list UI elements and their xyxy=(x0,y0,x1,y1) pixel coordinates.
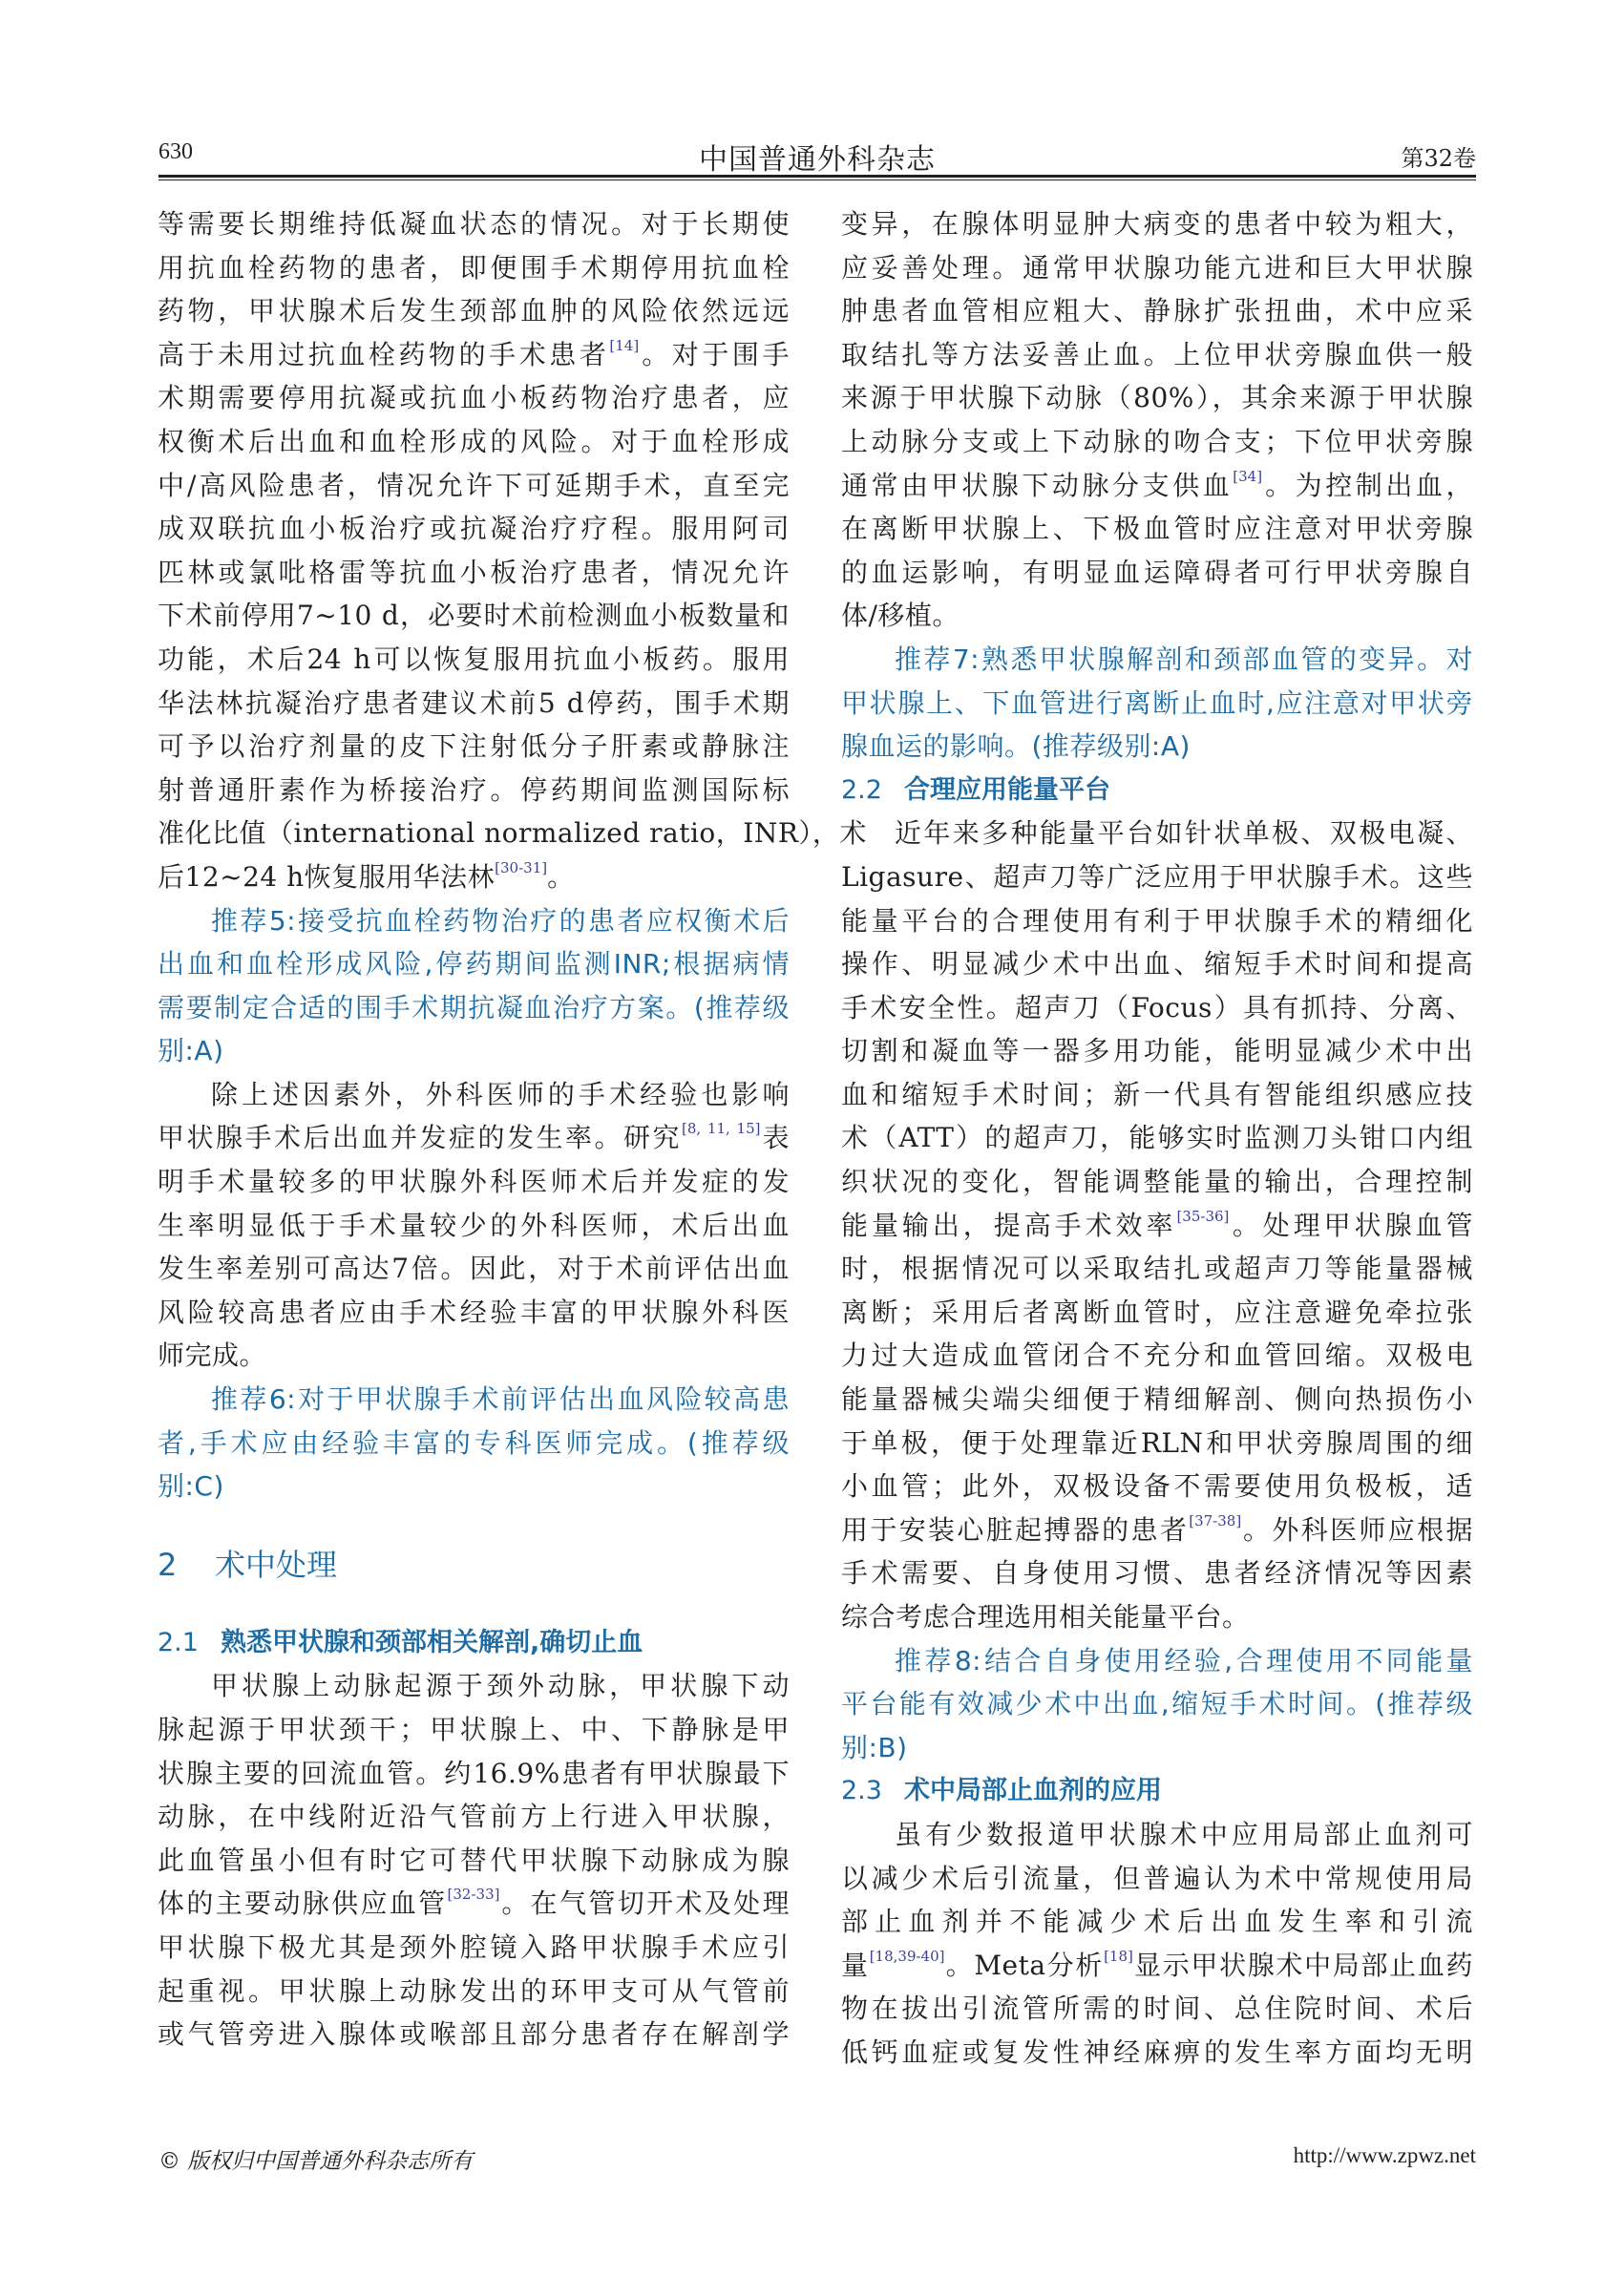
text-line: 中/高风险患者，情况允许下可延期手术，直至完 xyxy=(158,464,790,508)
text-line: 量[18,39-40]。Meta分析[18]显示甲状腺术中局部止血药 xyxy=(841,1944,1473,1988)
text-line: 体/移植。 xyxy=(841,594,1473,638)
citation-link[interactable]: [30-31] xyxy=(495,859,547,876)
text-line: 综合考虑合理选用相关能量平台。 xyxy=(841,1595,1473,1639)
text-line: 平台能有效减少术中出血,缩短手术时间。(推荐级 xyxy=(841,1682,1473,1726)
text-line: 除上述因素外，外科医师的手术经验也影响 xyxy=(158,1073,790,1117)
text-line: 能量输出，提高手术效率[35-36]。处理甲状腺血管 xyxy=(841,1204,1473,1248)
text-line: 以减少术后引流量，但普遍认为术中常规使用局 xyxy=(841,1857,1473,1901)
recommendation-5: 推荐5:接受抗血栓药物治疗的患者应权衡术后 出血和血栓形成风险,停药期间监测IN… xyxy=(158,899,790,1073)
text-line: 动脉，在中线附近沿气管前方上行进入甲状腺， xyxy=(158,1795,790,1839)
text-line: 后12~24 h恢复服用华法林[30-31]。 xyxy=(158,855,790,899)
text-line: 下术前停用7~10 d，必要时术前检测血小板数量和 xyxy=(158,594,790,638)
text-line: 或气管旁进入腺体或喉部且部分患者存在解剖学 xyxy=(158,2013,790,2057)
subsection-number: 2.3 xyxy=(841,1769,904,1813)
text-line: 匹林或氯吡格雷等抗血小板治疗患者，情况允许 xyxy=(158,551,790,595)
text-line: 射普通肝素作为桥接治疗。停药期间监测国际标 xyxy=(158,769,790,812)
running-header: 630 中国普通外科杂志 第32卷 xyxy=(158,134,1476,176)
page-footer: © 版权归中国普通外科杂志所有 http://www.zpwz.net xyxy=(158,2143,1476,2182)
recommendation-8: 推荐8:结合自身使用经验,合理使用不同能量 平台能有效减少术中出血,缩短手术时间… xyxy=(841,1639,1473,1770)
citation-link[interactable]: [37-38] xyxy=(1189,1512,1241,1529)
text-line: 准化比值（international normalized ratio，INR）… xyxy=(158,812,790,855)
text-line: 手术需要、自身使用习惯、患者经济情况等因素 xyxy=(841,1551,1473,1595)
text-line: 此血管虽小但有时它可替代甲状腺下动脉成为腺 xyxy=(158,1839,790,1883)
text-line: 别:B) xyxy=(841,1726,1473,1770)
citation-link[interactable]: [32-33] xyxy=(448,1886,500,1903)
text-line: 来源于甲状腺下动脉（80%），其余来源于甲状腺 xyxy=(841,376,1473,420)
section-heading-2: 2术中处理 xyxy=(158,1535,790,1594)
text-line: 生率明显低于手术量较少的外科医师，术后出血 xyxy=(158,1204,790,1248)
text-line: 权衡术后出血和血栓形成的风险。对于血栓形成 xyxy=(158,420,790,464)
text-line: 物在拔出引流管所需的时间、总住院时间、术后 xyxy=(841,1987,1473,2031)
text-line: 状腺主要的回流血管。约16.9%患者有甲状腺最下 xyxy=(158,1752,790,1796)
text-line: 在离断甲状腺上、下极血管时应注意对甲状旁腺 xyxy=(841,507,1473,551)
subsection-heading-2-3: 2.3术中局部止血剂的应用 xyxy=(841,1769,1473,1813)
text-line: 功能，术后24 h可以恢复服用抗血小板药。服用 xyxy=(158,638,790,682)
citation-link[interactable]: [14] xyxy=(609,337,639,354)
text-line: 华法林抗凝治疗患者建议术前5 d停药，围手术期 xyxy=(158,682,790,726)
text-line: 高于未用过抗血栓药物的手术患者[14]。对于围手 xyxy=(158,333,790,377)
text-line: 近年来多种能量平台如针状单极、双极电凝、 xyxy=(841,812,1473,855)
text-line: 变异，在腺体明显肿大病变的患者中较为粗大， xyxy=(841,202,1473,246)
text-line: 药物，甲状腺术后发生颈部血肿的风险依然远远 xyxy=(158,289,790,333)
subsection-title: 熟悉甲状腺和颈部相关解剖,确切止血 xyxy=(221,1628,643,1657)
text-line: 织状况的变化，智能调整能量的输出，合理控制 xyxy=(841,1160,1473,1204)
paragraph-thyroid-anatomy: 甲状腺上动脉起源于颈外动脉，甲状腺下动 脉起源于甲状颈干；甲状腺上、中、下静脉是… xyxy=(158,1664,790,2056)
subsection-heading-2-1: 2.1熟悉甲状腺和颈部相关解剖,确切止血 xyxy=(158,1621,790,1665)
text-line: 腺血运的影响。(推荐级别:A) xyxy=(841,725,1473,769)
text-line: 推荐5:接受抗血栓药物治疗的患者应权衡术后 xyxy=(158,899,790,943)
text-line: 推荐8:结合自身使用经验,合理使用不同能量 xyxy=(841,1639,1473,1683)
text-line: 血和缩短手术时间；新一代具有智能组织感应技 xyxy=(841,1073,1473,1117)
text-line: 发生率差别可高达7倍。因此，对于术前评估出血 xyxy=(158,1247,790,1291)
text-line: 用于安装心脏起搏器的患者[37-38]。外科医师应根据 xyxy=(841,1508,1473,1552)
text-line: 风险较高患者应由手术经验丰富的甲状腺外科医 xyxy=(158,1291,790,1335)
recommendation-7: 推荐7:熟悉甲状腺解剖和颈部血管的变异。对 甲状腺上、下血管进行离断止血时,应注… xyxy=(841,638,1473,769)
text-line: 虽有少数报道甲状腺术中应用局部止血剂可 xyxy=(841,1813,1473,1857)
paragraph-topical-hemostatics: 虽有少数报道甲状腺术中应用局部止血剂可 以减少术后引流量，但普遍认为术中常规使用… xyxy=(841,1813,1473,2075)
header-rule-thin xyxy=(158,179,1476,180)
text-line: 甲状腺上、下血管进行离断止血时,应注意对甲状旁 xyxy=(841,682,1473,726)
text-line: 可予以治疗剂量的皮下注射低分子肝素或静脉注 xyxy=(158,725,790,769)
text-line: 推荐6:对于甲状腺手术前评估出血风险较高患 xyxy=(158,1378,790,1422)
text-line: 推荐7:熟悉甲状腺解剖和颈部血管的变异。对 xyxy=(841,638,1473,682)
text-line: 出血和血栓形成风险,停药期间监测INR;根据病情 xyxy=(158,942,790,986)
subsection-heading-2-2: 2.2合理应用能量平台 xyxy=(841,769,1473,812)
citation-link[interactable]: [34] xyxy=(1233,468,1262,485)
text-line: Ligasure、超声刀等广泛应用于甲状腺手术。这些 xyxy=(841,855,1473,899)
text-line: 起重视。甲状腺上动脉发出的环甲支可从气管前 xyxy=(158,1970,790,2014)
text-line: 部止血剂并不能减少术后出血发生率和引流 xyxy=(841,1900,1473,1944)
paragraph-surgeon-experience: 除上述因素外，外科医师的手术经验也影响 甲状腺手术后出血并发症的发生率。研究[8… xyxy=(158,1073,790,1378)
subsection-number: 2.2 xyxy=(841,769,904,812)
text-line: 体的主要动脉供应血管[32-33]。在气管切开术及处理 xyxy=(158,1882,790,1926)
volume-label: 第32卷 xyxy=(1401,139,1476,173)
citation-link[interactable]: [35-36] xyxy=(1176,1208,1229,1225)
paragraph-energy-platforms: 近年来多种能量平台如针状单极、双极电凝、 Ligasure、超声刀等广泛应用于甲… xyxy=(841,812,1473,1638)
paragraph-parathyroid-supply: 变异，在腺体明显肿大病变的患者中较为粗大， 应妥善处理。通常甲状腺功能亢进和巨大… xyxy=(841,202,1473,638)
text-line: 者,手术应由经验丰富的专科医师完成。(推荐级 xyxy=(158,1422,790,1466)
text-line: 应妥善处理。通常甲状腺功能亢进和巨大甲状腺 xyxy=(841,246,1473,290)
text-line: 通常由甲状腺下动脉分支供血[34]。为控制出血， xyxy=(841,464,1473,508)
text-line: 取结扎等方法妥善止血。上位甲状旁腺血供一般 xyxy=(841,333,1473,377)
text-line: 别:A) xyxy=(158,1029,790,1073)
text-line: 切割和凝血等一器多用功能，能明显减少术中出 xyxy=(841,1029,1473,1073)
text-line: 用抗血栓药物的患者，即便围手术期停用抗血栓 xyxy=(158,246,790,290)
section-number: 2 xyxy=(158,1535,215,1594)
subsection-title: 术中局部止血剂的应用 xyxy=(904,1776,1162,1805)
text-line: 肿患者血管相应粗大、静脉扩张扭曲，术中应采 xyxy=(841,289,1473,333)
text-line: 师完成。 xyxy=(158,1334,790,1378)
text-line: 术期需要停用抗凝或抗血小板药物治疗患者，应 xyxy=(158,376,790,420)
text-line: 甲状腺手术后出血并发症的发生率。研究[8, 11, 15]表 xyxy=(158,1116,790,1160)
header-rule-thick xyxy=(158,175,1476,178)
journal-title: 中国普通外科杂志 xyxy=(158,136,1476,178)
subsection-title: 合理应用能量平台 xyxy=(904,775,1110,805)
section-title: 术中处理 xyxy=(215,1547,337,1583)
text-line: 甲状腺下极尤其是颈外腔镜入路甲状腺手术应引 xyxy=(158,1926,790,1970)
text-line: 甲状腺上动脉起源于颈外动脉，甲状腺下动 xyxy=(158,1664,790,1708)
subsection-number: 2.1 xyxy=(158,1621,221,1665)
text-line: 小血管；此外，双极设备不需要使用负极板，适 xyxy=(841,1465,1473,1508)
text-line: 于单极，便于处理靠近RLN和甲状旁腺周围的细 xyxy=(841,1422,1473,1466)
text-line: 成双联抗血小板治疗或抗凝治疗疗程。服用阿司 xyxy=(158,507,790,551)
recommendation-6: 推荐6:对于甲状腺手术前评估出血风险较高患 者,手术应由经验丰富的专科医师完成。… xyxy=(158,1378,790,1508)
text-line: 时，根据情况可以采取结扎或超声刀等能量器械 xyxy=(841,1247,1473,1291)
text-line: 别:C) xyxy=(158,1465,790,1508)
text-line: 等需要长期维持低凝血状态的情况。对于长期使 xyxy=(158,202,790,246)
text-line: 术（ATT）的超声刀，能够实时监测刀头钳口内组 xyxy=(841,1116,1473,1160)
text-line: 力过大造成血管闭合不充分和血管回缩。双极电 xyxy=(841,1334,1473,1378)
text-line: 手术安全性。超声刀（Focus）具有抓持、分离、 xyxy=(841,986,1473,1030)
text-line: 能量平台的合理使用有利于甲状腺手术的精细化 xyxy=(841,899,1473,943)
text-line: 的血运影响，有明显血运障碍者可行甲状旁腺自 xyxy=(841,551,1473,595)
text-line: 离断；采用后者离断血管时，应注意避免牵拉张 xyxy=(841,1291,1473,1335)
text-line: 低钙血症或复发性神经麻痹的发生率方面均无明 xyxy=(841,2031,1473,2075)
paragraph-anticoagulant-continued: 等需要长期维持低凝血状态的情况。对于长期使 用抗血栓药物的患者，即便围手术期停用… xyxy=(158,202,790,899)
text-line: 脉起源于甲状颈干；甲状腺上、中、下静脉是甲 xyxy=(158,1708,790,1752)
text-line: 需要制定合适的围手术期抗凝血治疗方案。(推荐级 xyxy=(158,986,790,1030)
journal-url-link[interactable]: http://www.zpwz.net xyxy=(1294,2143,1476,2168)
text-line: 明手术量较多的甲状腺外科医师术后并发症的发 xyxy=(158,1160,790,1204)
citation-link[interactable]: [18] xyxy=(1104,1948,1133,1965)
text-line: 上动脉分支或上下动脉的吻合支；下位甲状旁腺 xyxy=(841,420,1473,464)
left-column: 等需要长期维持低凝血状态的情况。对于长期使 用抗血栓药物的患者，即便围手术期停用… xyxy=(158,202,790,2057)
copyright-notice: © 版权归中国普通外科杂志所有 xyxy=(158,2143,473,2175)
right-column: 变异，在腺体明显肿大病变的患者中较为粗大， 应妥善处理。通常甲状腺功能亢进和巨大… xyxy=(841,202,1473,2075)
text-line: 操作、明显减少术中出血、缩短手术时间和提高 xyxy=(841,942,1473,986)
citation-link[interactable]: [18,39-40] xyxy=(870,1948,945,1965)
citation-link[interactable]: [8, 11, 15] xyxy=(682,1120,761,1137)
text-line: 能量器械尖端尖细便于精细解剖、侧向热损伤小 xyxy=(841,1378,1473,1422)
